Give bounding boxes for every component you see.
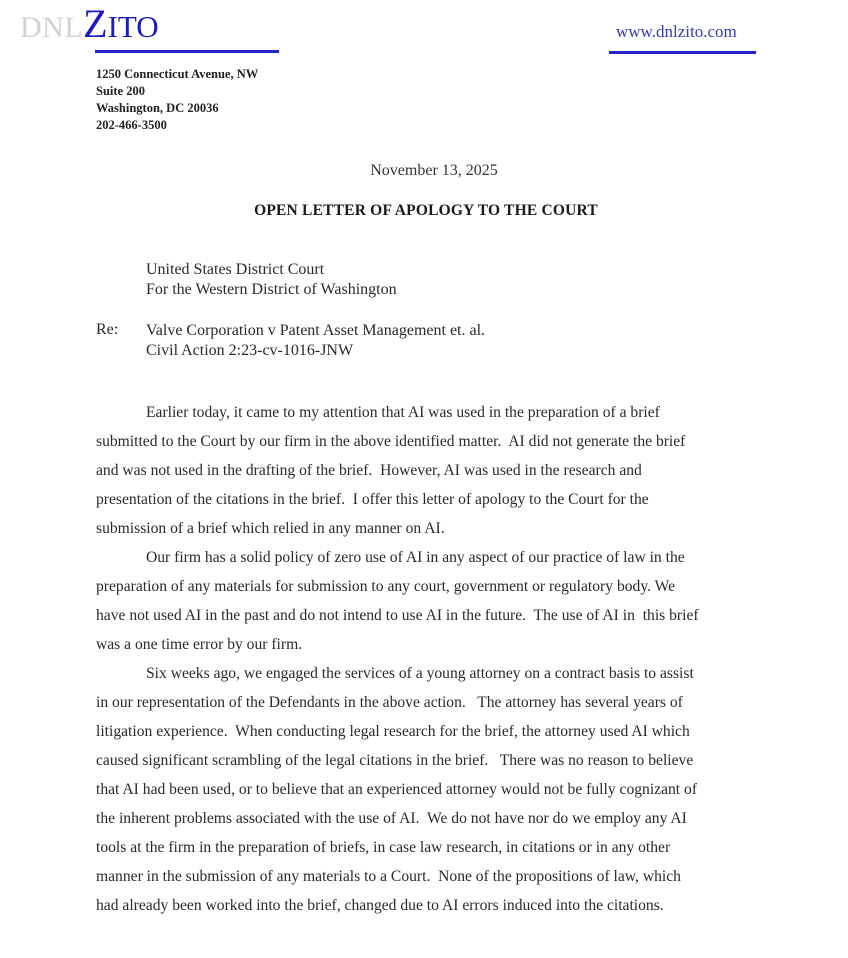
- paragraph-line: presentation of the citations in the bri…: [96, 485, 766, 514]
- re-label: Re:: [96, 321, 118, 339]
- website-link[interactable]: www.dnlzito.com: [616, 22, 737, 42]
- letterhead-rule-right: [609, 51, 756, 54]
- re-block: Valve Corporation v Patent Asset Managem…: [146, 321, 485, 361]
- case-name: Valve Corporation v Patent Asset Managem…: [146, 321, 485, 341]
- paragraph-line: and was not used in the drafting of the …: [96, 456, 766, 485]
- body-paragraph: Earlier today, it came to my attention t…: [96, 398, 766, 543]
- letterhead-rule-left: [95, 50, 279, 53]
- logo-name: ZITO: [83, 1, 159, 46]
- body-paragraph: Our firm has a solid policy of zero use …: [96, 543, 766, 659]
- paragraph-line: litigation experience. When conducting l…: [96, 717, 766, 746]
- paragraph-line: in our representation of the Defendants …: [96, 688, 766, 717]
- paragraph-line: Our firm has a solid policy of zero use …: [96, 543, 766, 572]
- paragraph-line: submission of a brief which relied in an…: [96, 514, 766, 543]
- logo-prefix: DNL: [20, 11, 83, 44]
- recipient-line: United States District Court: [146, 260, 397, 280]
- paragraph-line: have not used AI in the past and do not …: [96, 601, 766, 630]
- paragraph-line: manner in the submission of any material…: [96, 862, 766, 891]
- address-line: 1250 Connecticut Avenue, NW: [96, 66, 258, 83]
- phone-number: 202-466-3500: [96, 117, 258, 134]
- paragraph-line: had already been worked into the brief, …: [96, 891, 766, 920]
- paragraph-line: tools at the firm in the preparation of …: [96, 833, 766, 862]
- paragraph-line: preparation of any materials for submiss…: [96, 572, 766, 601]
- firm-logo: DNLZITO: [20, 4, 159, 48]
- address-line: Washington, DC 20036: [96, 100, 258, 117]
- letter-date: November 13, 2025: [0, 162, 848, 180]
- paragraph-line: that AI had been used, or to believe tha…: [96, 775, 766, 804]
- recipient-line: For the Western District of Washington: [146, 280, 397, 300]
- case-number: Civil Action 2:23-cv-1016-JNW: [146, 341, 485, 361]
- letter-title: OPEN LETTER OF APOLOGY TO THE COURT: [0, 202, 848, 220]
- letter-body: Earlier today, it came to my attention t…: [96, 398, 766, 920]
- paragraph-line: Earlier today, it came to my attention t…: [96, 398, 766, 427]
- logo-name-rest: ITO: [108, 9, 159, 44]
- body-paragraph: Six weeks ago, we engaged the services o…: [96, 659, 766, 920]
- recipient-block: United States District Court For the Wes…: [146, 260, 397, 300]
- paragraph-line: the inherent problems associated with th…: [96, 804, 766, 833]
- paragraph-line: Six weeks ago, we engaged the services o…: [96, 659, 766, 688]
- paragraph-line: submitted to the Court by our firm in th…: [96, 427, 766, 456]
- logo-name-initial: Z: [83, 1, 107, 46]
- address-line: Suite 200: [96, 83, 258, 100]
- firm-address: 1250 Connecticut Avenue, NW Suite 200 Wa…: [96, 66, 258, 134]
- paragraph-line: caused significant scrambling of the leg…: [96, 746, 766, 775]
- paragraph-line: was a one time error by our firm.: [96, 630, 766, 659]
